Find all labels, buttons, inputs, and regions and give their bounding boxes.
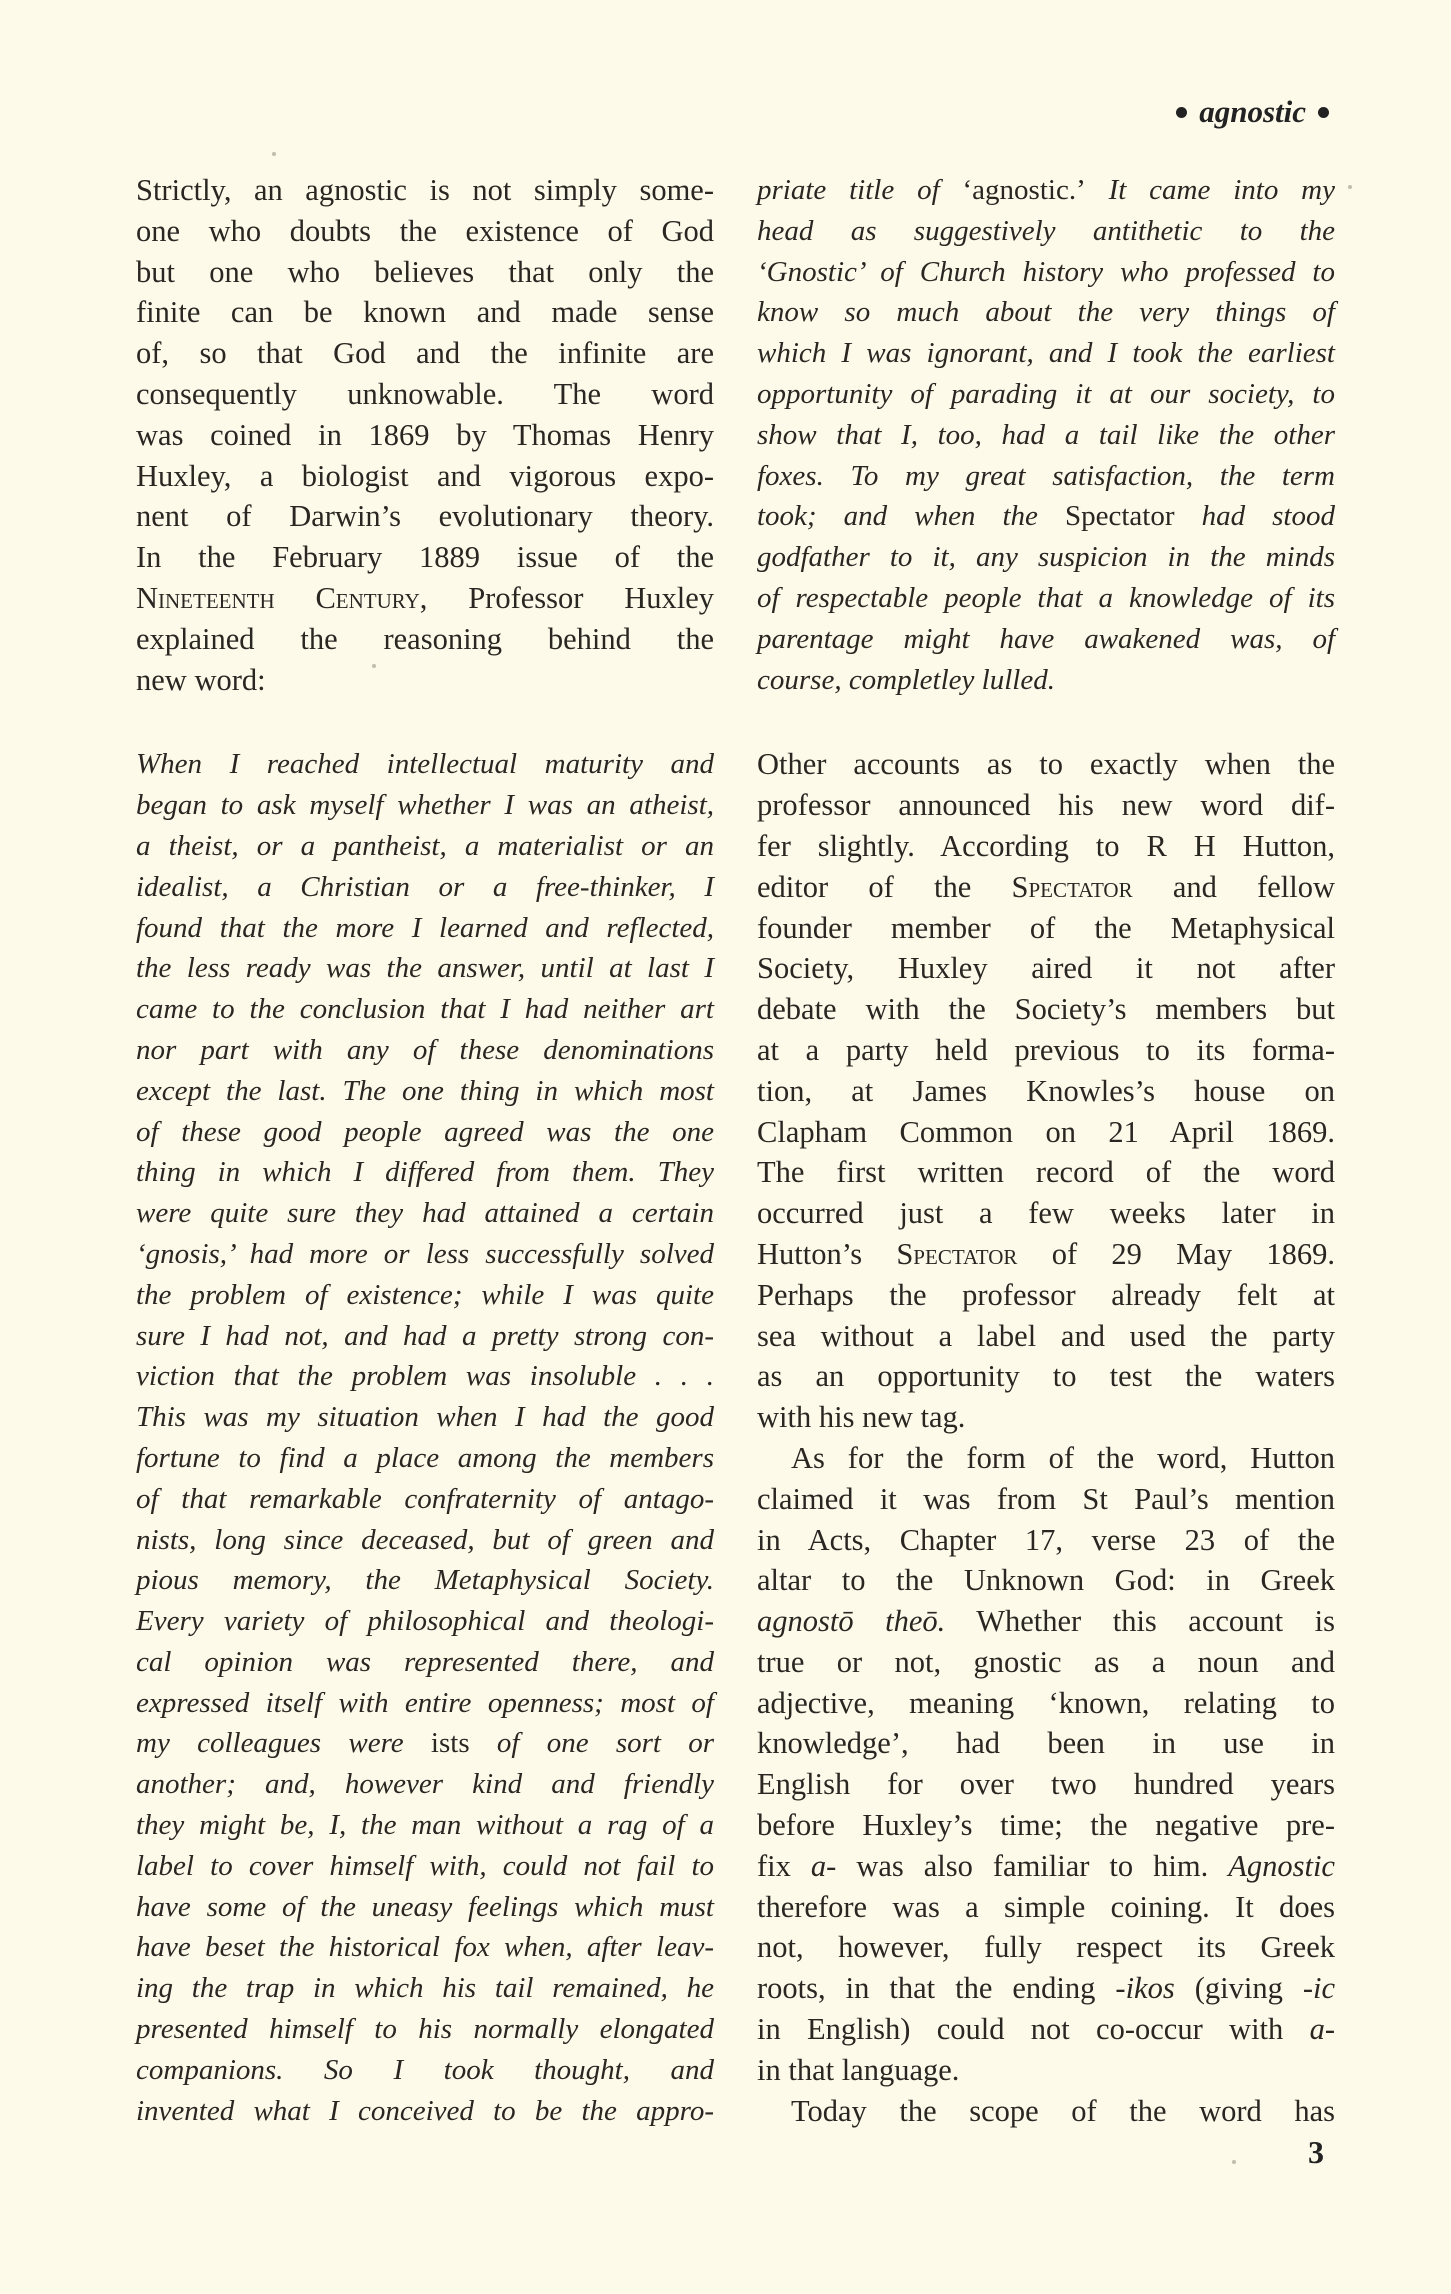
book-page: agnostic Strictly, an agnostic is not si… bbox=[0, 0, 1451, 2294]
text-line: tion, at James Knowles’s house on bbox=[757, 1071, 1335, 1112]
roman-term: ists bbox=[431, 1727, 470, 1759]
text-line: The first written record of the word bbox=[757, 1152, 1335, 1193]
text-line: came to the conclusion that I had neithe… bbox=[136, 989, 714, 1030]
text-line: course, completley lulled. bbox=[757, 660, 1335, 701]
text-line: Nineteenth Century, Professor Huxley bbox=[136, 578, 714, 619]
text-line: knowledge’, had been in use in bbox=[757, 1723, 1335, 1764]
text-line: idealist, a Christian or a free-thinker,… bbox=[136, 867, 714, 908]
text-line: another; and, however kind and friendly bbox=[136, 1764, 714, 1805]
italic-term: a- bbox=[811, 1849, 836, 1883]
spacer bbox=[757, 700, 1335, 744]
text-line: nists, long since deceased, but of green… bbox=[136, 1520, 714, 1561]
text-line: have beset the historical fox when, afte… bbox=[136, 1927, 714, 1968]
text-line: consequently unknowable. The word bbox=[136, 374, 714, 415]
text-line: which I was ignorant, and I took the ear… bbox=[757, 333, 1335, 374]
text-line: show that I, too, had a tail like the ot… bbox=[757, 415, 1335, 456]
text-line: of these good people agreed was the one bbox=[136, 1112, 714, 1153]
text-line: not, however, fully respect its Greek bbox=[757, 1927, 1335, 1968]
text-line: sea without a label and used the party bbox=[757, 1316, 1335, 1357]
text-line: roots, in that the ending -ikos (giving … bbox=[757, 1968, 1335, 2009]
paper-speck bbox=[1348, 185, 1352, 189]
text-line: As for the form of the word, Hutton bbox=[757, 1438, 1335, 1479]
text-line: thing in which I differed from them. The… bbox=[136, 1152, 714, 1193]
paper-speck bbox=[1232, 2160, 1236, 2164]
text-line: took; and when the Spectator had stood bbox=[757, 496, 1335, 537]
paper-speck bbox=[272, 152, 276, 156]
text-line: invented what I conceived to be the appr… bbox=[136, 2091, 714, 2132]
text-line: In the February 1889 issue of the bbox=[136, 537, 714, 578]
text-line: before Huxley’s time; the negative pre- bbox=[757, 1805, 1335, 1846]
text-line: expressed itself with entire openness; m… bbox=[136, 1683, 714, 1724]
text-line: altar to the Unknown God: in Greek bbox=[757, 1560, 1335, 1601]
text-line: the less ready was the answer, until at … bbox=[136, 948, 714, 989]
page-number: 3 bbox=[1308, 2134, 1324, 2171]
text-line: Perhaps the professor already felt at bbox=[757, 1275, 1335, 1316]
text-line: Strictly, an agnostic is not simply some… bbox=[136, 170, 714, 211]
text-line: sure I had not, and had a pretty strong … bbox=[136, 1316, 714, 1357]
text-line: editor of the Spectator and fellow bbox=[757, 867, 1335, 908]
text-line: new word: bbox=[136, 660, 714, 701]
text-line: have some of the uneasy feelings which m… bbox=[136, 1887, 714, 1928]
paragraph-accounts: Other accounts as to exactly when thepro… bbox=[757, 744, 1335, 1438]
small-caps-title: Spectator bbox=[1012, 870, 1133, 904]
text-line: nent of Darwin’s evolutionary theory. bbox=[136, 496, 714, 537]
text-line: they might be, I, the man without a rag … bbox=[136, 1805, 714, 1846]
italic-term: -ic bbox=[1303, 1971, 1335, 2005]
italic-term: -ikos bbox=[1115, 1971, 1174, 2005]
text-line: except the last. The one thing in which … bbox=[136, 1071, 714, 1112]
text-line: at a party held previous to its forma- bbox=[757, 1030, 1335, 1071]
roman-term: Spectator bbox=[1065, 500, 1175, 532]
text-line: were quite sure they had attained a cert… bbox=[136, 1193, 714, 1234]
text-line: one who doubts the existence of God bbox=[136, 211, 714, 252]
right-column: priate title of ‘agnostic.’ It came into… bbox=[757, 170, 1335, 2131]
paragraph-word-form: As for the form of the word, Huttonclaim… bbox=[757, 1438, 1335, 2091]
text-line: nor part with any of these denominations bbox=[136, 1030, 714, 1071]
text-line: ing the trap in which his tail remained,… bbox=[136, 1968, 714, 2009]
text-line: my colleagues were ists of one sort or bbox=[136, 1723, 714, 1764]
small-caps-title: Spectator bbox=[896, 1237, 1017, 1271]
bullet-icon bbox=[1318, 107, 1329, 118]
text-line: cal opinion was represented there, and bbox=[136, 1642, 714, 1683]
italic-term: a- bbox=[1310, 2012, 1335, 2046]
text-line: Society, Huxley aired it not after bbox=[757, 948, 1335, 989]
text-line: agnostō theō. Whether this account is bbox=[757, 1601, 1335, 1642]
text-line: Clapham Common on 21 April 1869. bbox=[757, 1112, 1335, 1153]
text-line: of, so that God and the infinite are bbox=[136, 333, 714, 374]
text-line: priate title of ‘agnostic.’ It came into… bbox=[757, 170, 1335, 211]
text-line: Hutton’s Spectator of 29 May 1869. bbox=[757, 1234, 1335, 1275]
text-line: of that remarkable confraternity of anta… bbox=[136, 1479, 714, 1520]
text-line: label to cover himself with, could not f… bbox=[136, 1846, 714, 1887]
intro-paragraph: Strictly, an agnostic is not simply some… bbox=[136, 170, 714, 700]
text-line: presented himself to his normally elonga… bbox=[136, 2009, 714, 2050]
text-line: debate with the Society’s members but bbox=[757, 989, 1335, 1030]
text-line: know so much about the very things of bbox=[757, 292, 1335, 333]
roman-term: ‘agnostic.’ bbox=[963, 174, 1086, 206]
text-line: the problem of existence; while I was qu… bbox=[136, 1275, 714, 1316]
text-line: true or not, gnostic as a noun and bbox=[757, 1642, 1335, 1683]
text-line: ‘Gnostic’ of Church history who professe… bbox=[757, 252, 1335, 293]
italic-term: agnostō theō. bbox=[757, 1604, 945, 1638]
text-line: fortune to find a place among the member… bbox=[136, 1438, 714, 1479]
text-line: found that the more I learned and reflec… bbox=[136, 908, 714, 949]
text-line: fix a- was also familiar to him. Agnosti… bbox=[757, 1846, 1335, 1887]
text-line: Other accounts as to exactly when the bbox=[757, 744, 1335, 785]
text-line: claimed it was from St Paul’s mention bbox=[757, 1479, 1335, 1520]
text-line: with his new tag. bbox=[757, 1397, 1335, 1438]
text-line: English for over two hundred years bbox=[757, 1764, 1335, 1805]
text-line: opportunity of parading it at our societ… bbox=[757, 374, 1335, 415]
huxley-quote: When I reached intellectual maturity and… bbox=[136, 744, 714, 2131]
text-line: godfather to it, any suspicion in the mi… bbox=[757, 537, 1335, 578]
text-line: as an opportunity to test the waters bbox=[757, 1356, 1335, 1397]
italic-term: Agnostic bbox=[1228, 1849, 1335, 1883]
text-line: pious memory, the Metaphysical Society. bbox=[136, 1560, 714, 1601]
text-line: in that language. bbox=[757, 2050, 1335, 2091]
text-line: founder member of the Metaphysical bbox=[757, 908, 1335, 949]
text-line: was coined in 1869 by Thomas Henry bbox=[136, 415, 714, 456]
text-line: companions. So I took thought, and bbox=[136, 2050, 714, 2091]
small-caps-title: Nineteenth Century bbox=[136, 581, 420, 615]
text-line: adjective, meaning ‘known, relating to bbox=[757, 1683, 1335, 1724]
text-line: occurred just a few weeks later in bbox=[757, 1193, 1335, 1234]
paper-speck bbox=[372, 664, 376, 668]
text-line: in English) could not co-occur with a- bbox=[757, 2009, 1335, 2050]
text-line: professor announced his new word dif- bbox=[757, 785, 1335, 826]
text-line: therefore was a simple coining. It does bbox=[757, 1887, 1335, 1928]
text-line: ‘gnosis,’ had more or less successfully … bbox=[136, 1234, 714, 1275]
text-line: finite can be known and made sense bbox=[136, 292, 714, 333]
text-line: foxes. To my great satisfaction, the ter… bbox=[757, 456, 1335, 497]
paragraph-scope: Today the scope of the word has bbox=[757, 2091, 1335, 2132]
text-line: When I reached intellectual maturity and bbox=[136, 744, 714, 785]
text-line: began to ask myself whether I was an ath… bbox=[136, 785, 714, 826]
text-line: This was my situation when I had the goo… bbox=[136, 1397, 714, 1438]
text-line: of respectable people that a knowledge o… bbox=[757, 578, 1335, 619]
running-head-title: agnostic bbox=[1199, 94, 1306, 130]
bullet-icon bbox=[1176, 107, 1187, 118]
spacer bbox=[136, 700, 714, 744]
text-line: a theist, or a pantheist, a materialist … bbox=[136, 826, 714, 867]
text-line: Today the scope of the word has bbox=[757, 2091, 1335, 2132]
text-line: head as suggestively antithetic to the bbox=[757, 211, 1335, 252]
text-line: but one who believes that only the bbox=[136, 252, 714, 293]
text-line: Huxley, a biologist and vigorous expo- bbox=[136, 456, 714, 497]
text-line: parentage might have awakened was, of bbox=[757, 619, 1335, 660]
text-line: viction that the problem was insoluble .… bbox=[136, 1356, 714, 1397]
text-line: Every variety of philosophical and theol… bbox=[136, 1601, 714, 1642]
text-line: explained the reasoning behind the bbox=[136, 619, 714, 660]
text-line: fer slightly. According to R H Hutton, bbox=[757, 826, 1335, 867]
left-column: Strictly, an agnostic is not simply some… bbox=[136, 170, 714, 2131]
text-line: in Acts, Chapter 17, verse 23 of the bbox=[757, 1520, 1335, 1561]
huxley-quote-continued: priate title of ‘agnostic.’ It came into… bbox=[757, 170, 1335, 700]
running-head: agnostic bbox=[1176, 94, 1329, 130]
